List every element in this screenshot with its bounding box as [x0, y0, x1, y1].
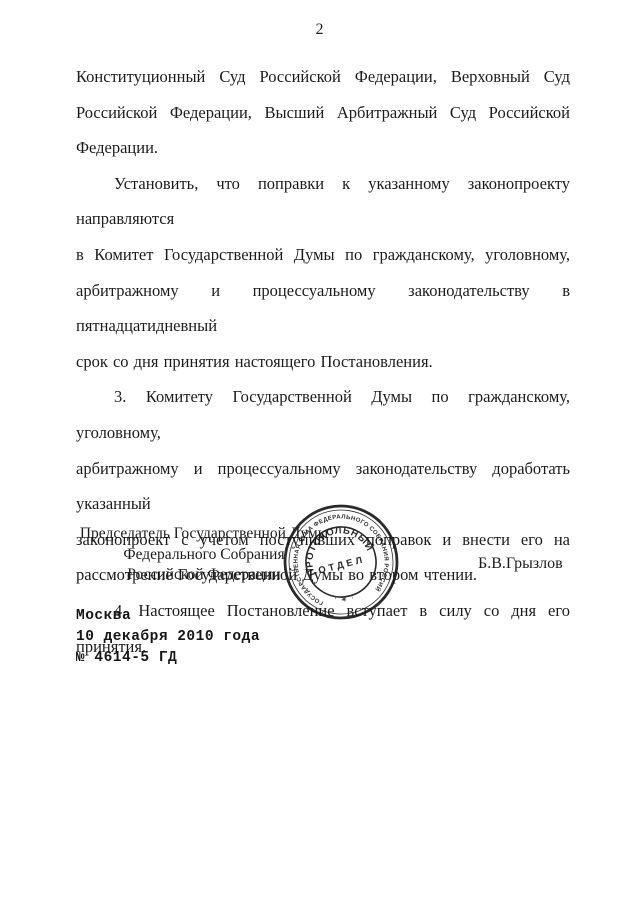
issue-block: Москва 10 декабря 2010 года № 4614-5 ГД	[76, 606, 260, 669]
text-line: Установить, что поправки к указанному за…	[76, 166, 570, 237]
stamp-bottom-marks-element: · ✳ ·	[332, 591, 357, 606]
text-line: Российской Федерации, Высший Арбитражный…	[76, 95, 570, 131]
text-line: арбитражному и процессуальному законодат…	[76, 273, 570, 344]
issue-city: Москва	[76, 606, 260, 627]
page-number: 2	[0, 21, 640, 39]
text-line: 3. Комитету Государственной Думы по граж…	[76, 379, 570, 450]
stamp-bottom-marks: · ✳ ·	[332, 591, 357, 606]
text-line: Федерации.	[76, 130, 570, 166]
document-page: 2 Конституционный Суд Российской Федерац…	[0, 0, 640, 905]
text-line: в Комитет Государственной Думы по гражда…	[76, 237, 570, 273]
text-line: срок со дня принятия настоящего Постанов…	[76, 344, 570, 380]
stamp-center-text: ОТДЕЛ	[317, 554, 366, 576]
issue-number: № 4614-5 ГД	[76, 648, 260, 669]
text-line: Конституционный Суд Российской Федерации…	[76, 59, 570, 95]
issue-date: 10 декабря 2010 года	[76, 627, 260, 648]
signee-name: Б.В.Грызлов	[478, 555, 563, 573]
